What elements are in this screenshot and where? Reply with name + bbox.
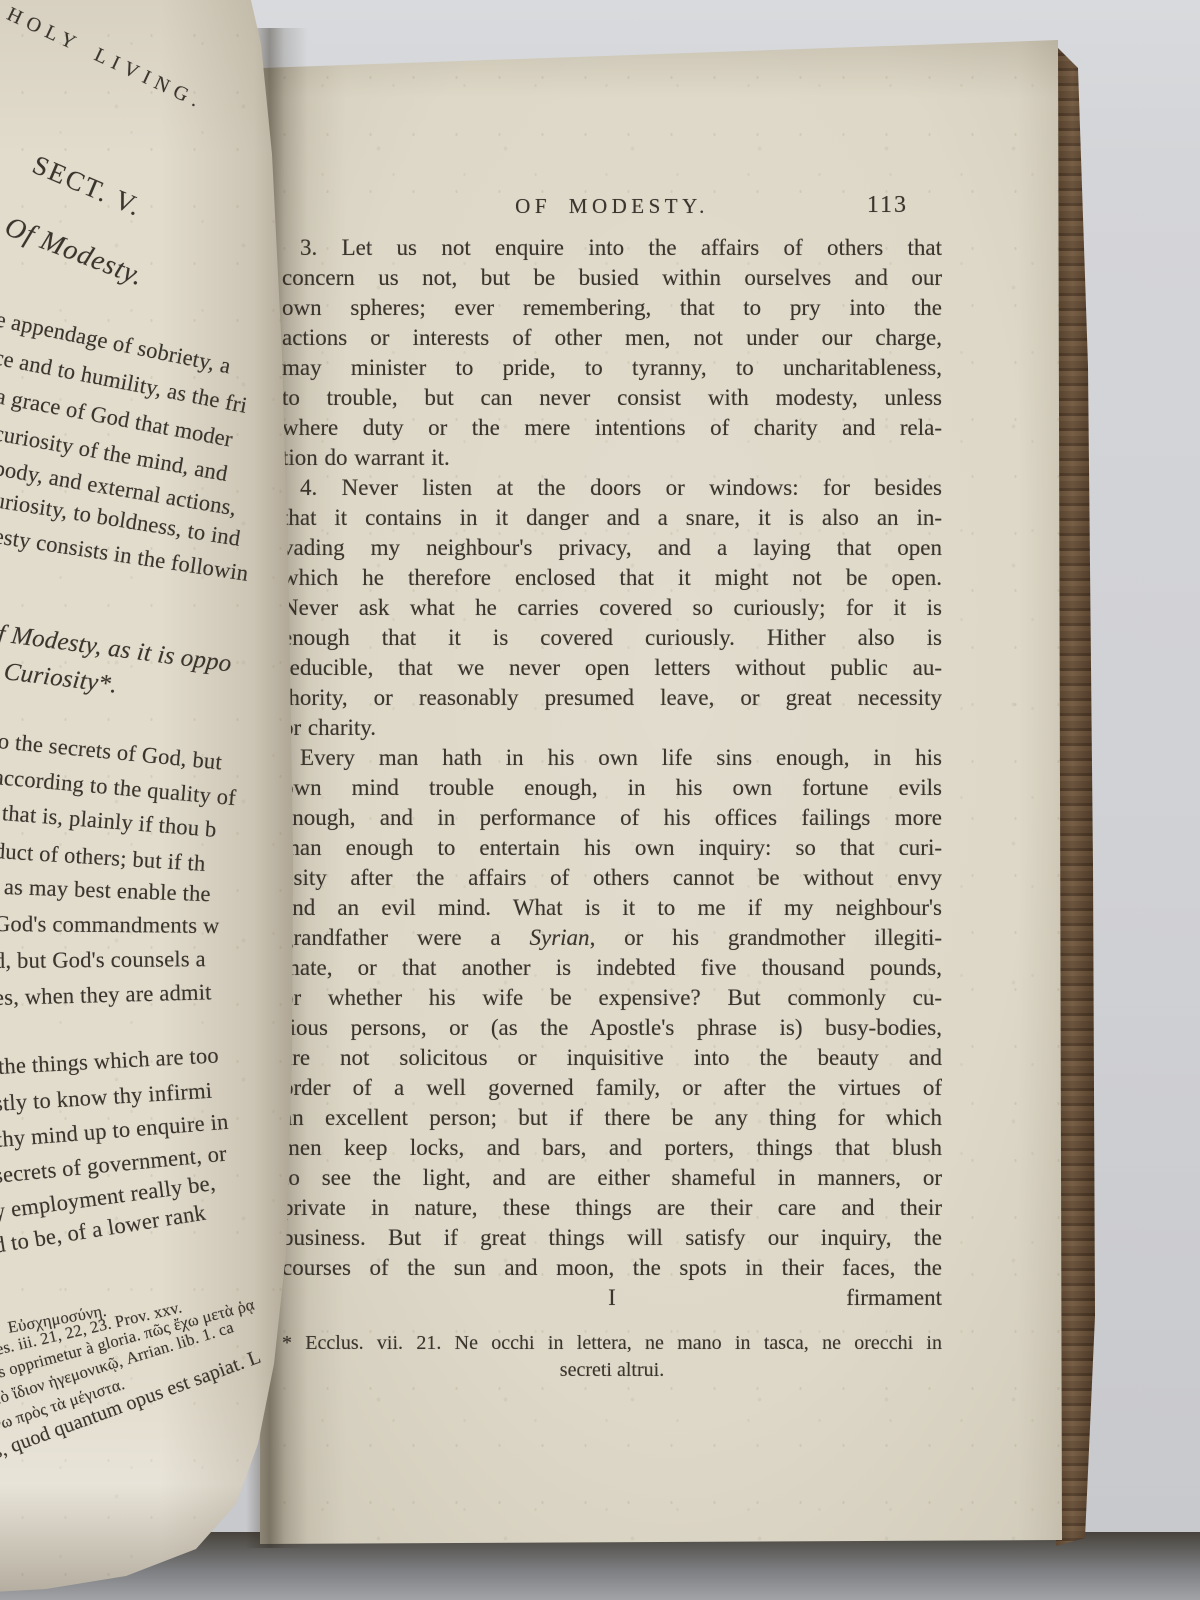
text-line: Every man hath in his own life sins enou…: [282, 743, 942, 773]
signature-line: I firmament: [282, 1285, 942, 1315]
text-line: or whether his wife be expensive? But co…: [282, 983, 942, 1013]
italic-word: Syrian: [530, 925, 590, 950]
footnote-line: secreti altrui.: [282, 1357, 942, 1384]
text-line: enough that it is covered curiously. Hit…: [282, 623, 942, 653]
text-line: to see the light, and are either shamefu…: [282, 1163, 942, 1193]
right-page: OF MODESTY. 113 3. Let us not enquire in…: [256, 38, 1064, 1544]
text-line: where duty or the mere intentions of cha…: [282, 413, 942, 443]
text-line: osity after the affairs of others cannot…: [282, 863, 942, 893]
text-line: d, but God's counsels a: [0, 946, 206, 974]
text-line: business. But if great things will satis…: [282, 1223, 942, 1253]
footnote: * Ecclus. vii. 21. Ne occhi in lettera, …: [282, 1330, 942, 1384]
text-line: men keep locks, and bars, and porters, t…: [282, 1133, 942, 1163]
page-body-text: 3. Let us not enquire into the affairs o…: [282, 233, 942, 1283]
page-number: 113: [867, 192, 908, 219]
text-line: to trouble, but can never consist with m…: [282, 383, 942, 413]
text-line: and an evil mind. What is it to me if my…: [282, 893, 942, 923]
text-line: thority, or reasonably presumed leave, o…: [282, 683, 942, 713]
text-line: order of a well governed family, or afte…: [282, 1073, 942, 1103]
signature-mark: I: [282, 1285, 942, 1311]
text-line: are not solicitous or inquisitive into t…: [282, 1043, 942, 1073]
running-head-text: OF MODESTY.: [515, 194, 709, 218]
text-line: enough, and in performance of his office…: [282, 803, 942, 833]
text-line: own mind trouble enough, in his own fort…: [282, 773, 942, 803]
text-line: or charity.: [282, 713, 942, 743]
text-segment: , or his grandmother illegiti-: [590, 925, 942, 950]
text-line: rious persons, or (as the Apostle's phra…: [282, 1013, 942, 1043]
text-line: concern us not, but be busied within our…: [282, 263, 942, 293]
book-photo: OF MODESTY. 113 3. Let us not enquire in…: [0, 0, 1200, 1600]
text-line: God's commandments w: [0, 911, 220, 939]
text-line: private in nature, these things are thei…: [282, 1193, 942, 1223]
text-line: an excellent person; but if there be any…: [282, 1103, 942, 1133]
running-head: OF MODESTY. 113: [282, 194, 942, 219]
text-line: may minister to pride, to tyranny, to un…: [282, 353, 942, 383]
text-line: actions or interests of other men, not u…: [282, 323, 942, 353]
text-line: Never ask what he carries covered so cur…: [282, 593, 942, 623]
text-line-with-italic: grandfather were a Syrian, or his grandm…: [282, 923, 942, 953]
text-line: 3. Let us not enquire into the affairs o…: [282, 233, 942, 263]
text-line: tion do warrant it.: [282, 443, 942, 473]
text-line: which he therefore enclosed that it migh…: [282, 563, 942, 593]
footnote-line: * Ecclus. vii. 21. Ne occhi in lettera, …: [282, 1330, 942, 1357]
text-line: reducible, that we never open letters wi…: [282, 653, 942, 683]
left-page: HOLY LIVING. SECT. V. Of Modesty. e appe…: [0, 0, 296, 1596]
catchword: firmament: [846, 1285, 942, 1311]
text-line: than enough to entertain his own inquiry…: [282, 833, 942, 863]
text-segment: grandfather were a: [282, 925, 530, 950]
text-line: that it contains in it danger and a snar…: [282, 503, 942, 533]
text-line: own spheres; ever remembering, that to p…: [282, 293, 942, 323]
text-line: 4. Never listen at the doors or windows:…: [282, 473, 942, 503]
text-line: courses of the sun and moon, the spots i…: [282, 1253, 942, 1283]
text-line: mate, or that another is indebted five t…: [282, 953, 942, 983]
text-line: vading my neighbour's privacy, and a lay…: [282, 533, 942, 563]
